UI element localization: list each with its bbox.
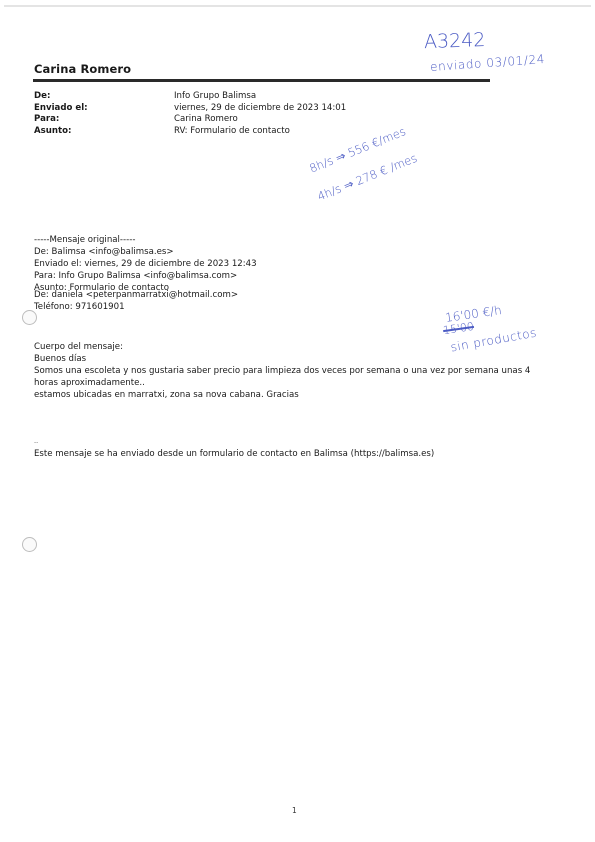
contact-phone: Teléfono: 971601901	[34, 302, 238, 314]
message-body: Cuerpo del mensaje: Buenos días Somos un…	[34, 342, 530, 402]
original-from: De: Balimsa <info@balimsa.es>	[34, 247, 257, 259]
original-message-header: -----Mensaje original----- De: Balimsa <…	[34, 235, 257, 295]
title-divider	[33, 79, 490, 82]
original-to: Para: Info Grupo Balimsa <info@balimsa.c…	[34, 271, 257, 283]
header-value: RV: Formulario de contacto	[174, 126, 290, 138]
header-label: Para:	[34, 114, 164, 126]
header-label: Asunto:	[34, 126, 164, 138]
body-line: horas aproximadamente..	[34, 378, 530, 390]
form-footer: Este mensaje se ha enviado desde un form…	[34, 449, 434, 461]
page-title: Carina Romero	[34, 62, 131, 76]
punch-hole-upper	[22, 310, 37, 325]
header-label: Enviado el:	[34, 103, 164, 115]
contact-details: De: daniela <peterpanmarratxi@hotmail.co…	[34, 290, 238, 314]
contact-from: De: daniela <peterpanmarratxi@hotmail.co…	[34, 290, 238, 302]
handwritten-reference: A3242	[424, 29, 486, 53]
body-label: Cuerpo del mensaje:	[34, 342, 530, 354]
scan-edge	[4, 5, 591, 7]
punch-hole-lower	[22, 537, 37, 552]
page-number: 1	[292, 806, 297, 815]
header-value: Carina Romero	[174, 114, 238, 126]
message-separator: -----Mensaje original-----	[34, 235, 257, 247]
handwritten-rate-crossed: 15'00	[442, 320, 475, 337]
original-sent: Enviado el: viernes, 29 de diciembre de …	[34, 259, 257, 271]
header-value: viernes, 29 de diciembre de 2023 14:01	[174, 103, 346, 115]
body-line: Somos una escoleta y nos gustaria saber …	[34, 366, 530, 378]
header-label: De:	[34, 91, 164, 103]
signature-block: -- Este mensaje se ha enviado desde un f…	[34, 437, 434, 461]
body-greeting: Buenos días	[34, 354, 530, 366]
signature-dashes: --	[34, 437, 434, 449]
header-value: Info Grupo Balimsa	[174, 91, 256, 103]
body-line: estamos ubicadas en marratxi, zona sa no…	[34, 390, 530, 402]
handwritten-sent-note: enviado 03/01/24	[430, 52, 546, 74]
